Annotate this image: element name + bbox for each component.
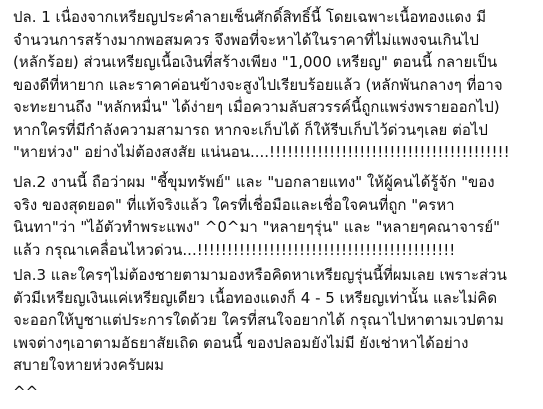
paragraph-ps3: ปล.3 และใครๆไม่ต้องชายตามามองหรือคิดหาเห… xyxy=(13,264,541,377)
text-line: ปล. 1 เนื่องจากเหรียญประคำลายเซ็นศักดิ์ส… xyxy=(13,6,541,29)
text-line: ตัวมีเหรียญเงินแค่เหรียญเดียว เนื้อทองแด… xyxy=(13,287,541,310)
text-line: ปล.2 งานนี้ ถือว่าผม "ชี้ขุมทรัพย์" และ … xyxy=(13,171,541,194)
text-line: จะออกให้บูชาแต่ประการใดด้วย ใครที่สนใจอย… xyxy=(13,309,541,332)
text-line: จะทะยานถึง "หลักหมื่น" ได้ง่ายๆ เมื่อควา… xyxy=(13,96,541,119)
text-line: จำนวนการสร้างมากพอสมควร จึงพอที่จะหาได้ใ… xyxy=(13,29,541,52)
text-line: จริง ของสุดยอด" ที่แท้จริงแล้ว ใครที่เชื… xyxy=(13,194,541,217)
closing-emoticon: ^^ xyxy=(13,381,541,404)
paragraph-ps2: ปล.2 งานนี้ ถือว่าผม "ชี้ขุมทรัพย์" และ … xyxy=(13,171,541,261)
document-body: ปล. 1 เนื่องจากเหรียญประคำลายเซ็นศักดิ์ส… xyxy=(0,0,543,409)
text-line: แล้ว กรุณาเคลื่อนไหวด่วน...!!!!!!!!!!!!!… xyxy=(13,239,541,262)
text-line: ของดีที่หายาก และราคาค่อนข้างจะสูงไปเรีย… xyxy=(13,74,541,97)
text-line: หากใครที่มีกำลังความสามารถ หากจะเก็บได้ … xyxy=(13,119,541,142)
text-line: (หลักร้อย) ส่วนเหรียญเนื้อเงินที่สร้างเพ… xyxy=(13,51,541,74)
text-line: นินทา"ว่า "ไอ้ตัวทำพระแพง" ^0^มา "หลายๆร… xyxy=(13,216,541,239)
text-line: ปล.3 และใครๆไม่ต้องชายตามามองหรือคิดหาเห… xyxy=(13,264,541,287)
text-line: สบายใจหายห่วงครับผม xyxy=(13,354,541,377)
text-line: เพจต่างๆเอาตามอัธยาสัยเถิด ตอนนี้ ของปลอ… xyxy=(13,332,541,355)
paragraph-ps1: ปล. 1 เนื่องจากเหรียญประคำลายเซ็นศักดิ์ส… xyxy=(13,6,541,164)
text-line: "หายห่วง" อย่างไม่ต้องสงสัย แน่นอน....!!… xyxy=(13,141,541,164)
